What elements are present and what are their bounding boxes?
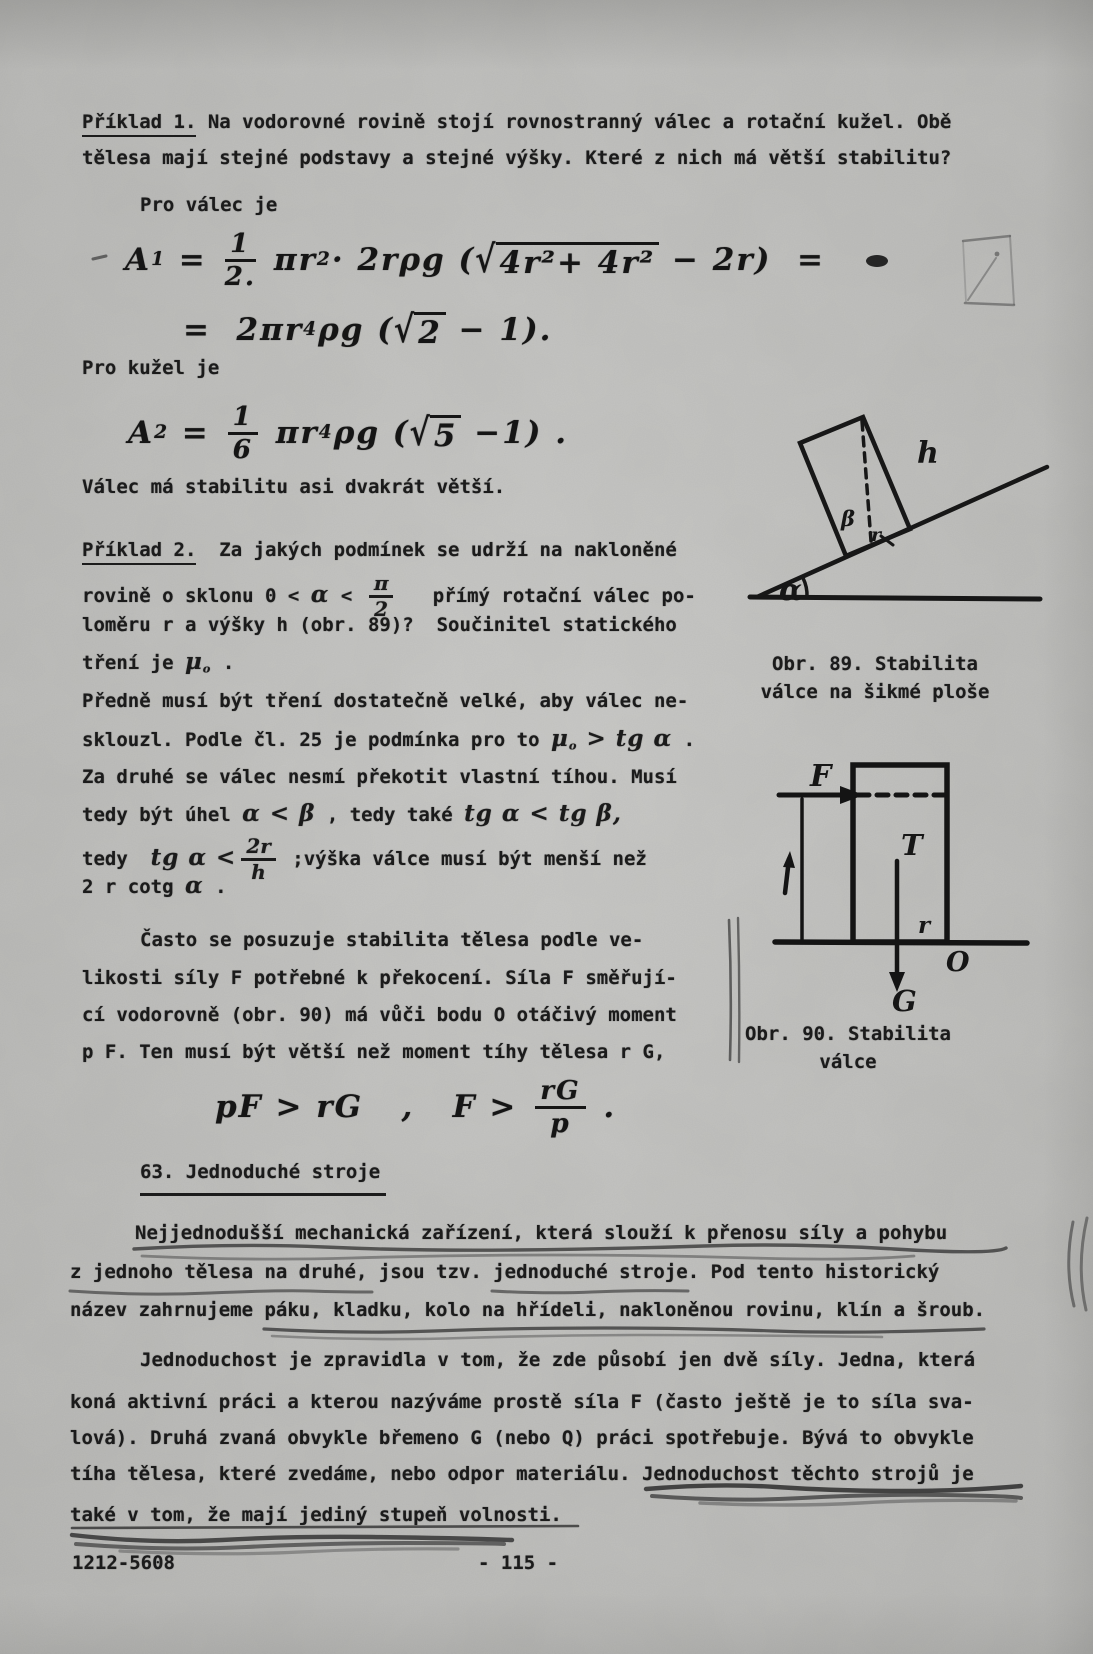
pencil-sketch-rect [1010,236,1014,304]
figure-obr-89: h β r α [695,395,1090,615]
cylinder-outline [853,765,947,942]
pencil-sketch-rect [963,241,966,302]
example1-conclusion: Válec má stabilitu asi dvakrát větší. [82,472,505,502]
fig89-caption-line2: válce na šikmé ploše [740,678,1010,706]
footer-page-number: - 115 - [478,1548,558,1578]
example2-line6: sklouzl. Podle čl. 25 je podmínka pro to… [82,724,695,760]
example2-line5: Předně musí být tření dostatečně velké, … [82,686,688,716]
pencil-dot [995,252,1000,257]
pencil-sketch-diagonal [968,258,996,300]
figure-obr-90: F T G r O [770,753,1040,1018]
section63-p2-line3: lová). Druhá zvaná obvykle břemeno G (ne… [70,1423,974,1453]
fig89-caption-line1: Obr. 89. Stabilita [740,650,1010,678]
alpha-arc [803,578,807,597]
section63-heading-text: 63. Jednoduché stroje [140,1157,386,1196]
section63-p1-line2: z jednoho tělesa na druhé, jsou tzv. jed… [70,1257,939,1287]
pencil-sketch-rect [963,236,1010,241]
stability-line3: cí vodorovně (obr. 90) má vůči bodu O ot… [82,1000,677,1030]
margin-mark-curve [1081,1218,1087,1310]
label-T: T [901,828,925,862]
section63-p2-line1: Jednoduchost je zpravidla v tom, že zde … [140,1345,975,1375]
example1-line1: Příklad 1. Na vodorovné rovině stojí rov… [82,107,951,137]
label-alpha: α [779,573,802,608]
formula-tipping-moment: pF > rG , F > rGp . [215,1077,616,1137]
example1-line2: tělesa mají stejné podstavy a stejné výš… [82,143,951,173]
ink-blob [866,255,888,267]
label-O: O [946,947,970,978]
pencil-underline [70,1291,372,1294]
formula-cylinder-work-2: = 2πr4ρg (√2 − 1). [183,312,552,349]
pencil-scribble [72,1535,512,1541]
pencil-scribble [652,1495,1021,1500]
section63-p1-line1: Nejjednodušší mechanická zařízení, která… [135,1218,947,1248]
section63-p2-line2: koná aktivní práci a kterou nazýváme pro… [70,1387,974,1417]
footer-print-code: 1212-5608 [72,1548,175,1578]
arm-arrowhead [783,851,795,868]
stability-line2: likosti síly F potřebné k překocení. Síl… [82,963,677,993]
section63-p2-line4: tíha tělesa, které zvedáme, nebo odpor m… [70,1459,974,1489]
pencil-scribble [700,1500,1016,1505]
section63-p1-line3: název zahrnujeme páku, kladku, kolo na h… [70,1295,985,1325]
label-G: G [892,984,917,1018]
label-F: F [809,759,834,794]
example2-line8: tedy být úhel α < β , tedy také tg α < t… [82,799,622,830]
label-beta: β [840,506,855,531]
example2-line3: loměru r a výšky h (obr. 89)? Součinitel… [82,610,677,640]
example2-line4: tření je μo . [82,647,234,683]
example2-line1: Příklad 2. Za jakých podmínek se udrží n… [82,535,677,565]
fig90-caption-line1: Obr. 90. Stabilita [733,1020,963,1048]
example2-line10: 2 r cotg α . [82,871,227,902]
margin-mark-curve [1069,1222,1074,1306]
stability-line1: Často se posuzuje stabilita tělesa podle… [140,925,643,955]
stray-dash [93,256,106,259]
stability-line4: p F. Ten musí být větší než moment tíhy … [82,1037,665,1067]
example1-cylinder-intro: Pro válec je [140,190,277,220]
pencil-underline [264,1328,984,1332]
formula-cone-work: A2 = 16 πr4ρg (√5 −1) . [128,403,568,463]
section63-heading: 63. Jednoduché stroje [140,1157,386,1196]
axis-dashed-line [862,421,871,541]
label-r: r [918,912,932,939]
scanned-textbook-page: Příklad 1. Na vodorovné rovině stojí rov… [0,0,1093,1654]
margin-mark-vertical [729,920,731,1060]
label-h: h [917,436,939,471]
example2-line7: Za druhé se válec nesmí překotit vlastní… [82,762,677,792]
example1-cone-intro: Pro kužel je [82,353,219,383]
pencil-underline [272,1335,882,1339]
section63-p2-line5: také v tom, že mají jediný stupeň volnos… [70,1500,562,1530]
fig90-caption-line2: válce [733,1048,963,1076]
formula-cylinder-work-1: A1 = 12. πr2· 2rρg (√4r²+ 4r² − 2r) = [125,230,825,290]
tilted-cylinder-outline [800,417,910,556]
pencil-sketch-rect [965,303,1014,305]
pencil-underline [492,1291,688,1293]
